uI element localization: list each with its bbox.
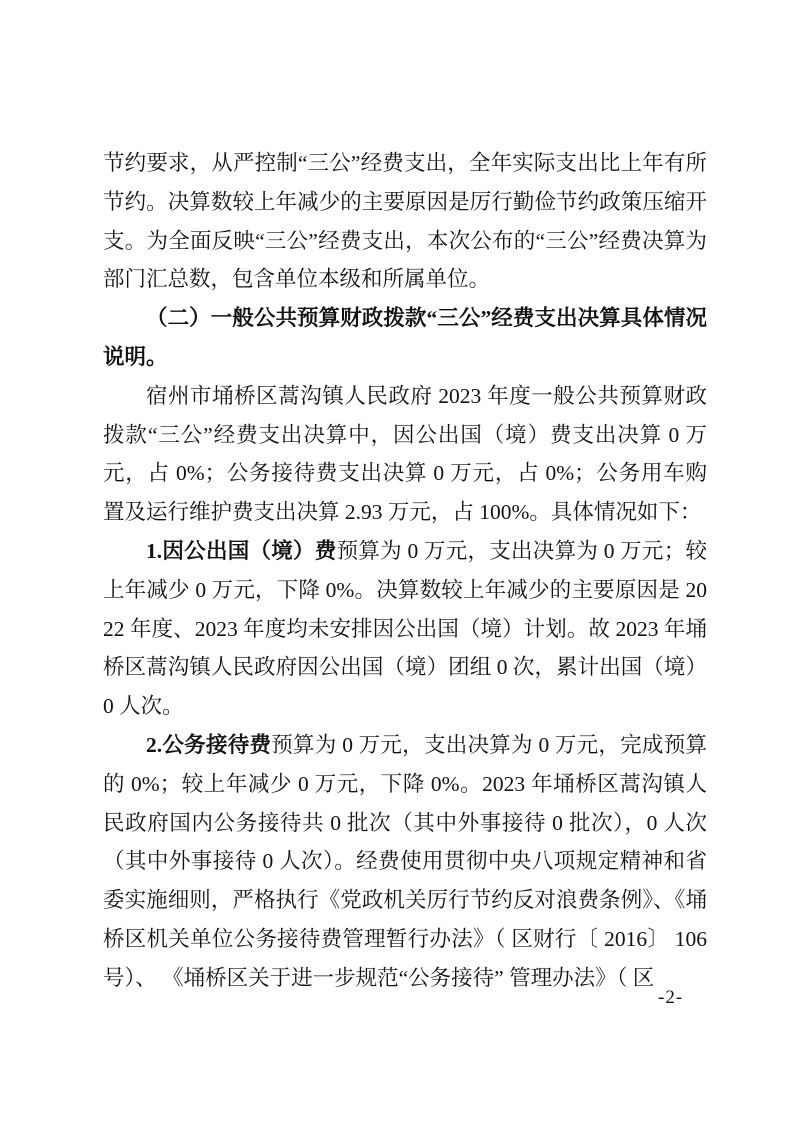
paragraph-text: 宿州市埇桥区蒿沟镇人民政府 2023 年度一般公共预算财政拨款“三公”经费支出决… <box>103 384 707 524</box>
paragraph-text: 预算为 0 万元，支出决算为 0 万元，完成预算的 0%；较上年减少 0 万元，… <box>103 733 707 990</box>
paragraph-lead-bold: 2.公务接待费 <box>146 733 271 757</box>
page-number: -2- <box>658 986 683 1010</box>
paragraph-overview: 宿州市埇桥区蒿沟镇人民政府 2023 年度一般公共预算财政拨款“三公”经费支出决… <box>103 377 707 532</box>
section-heading: （二）一般公共预算财政拨款“三公”经费支出决算具体情况说明。 <box>103 299 707 377</box>
document-page: 节约要求，从严控制“三公”经费支出，全年实际支出比上年有所节约。决算数较上年减少… <box>0 0 793 1122</box>
paragraph-official-reception: 2.公务接待费预算为 0 万元，支出决算为 0 万元，完成预算的 0%；较上年减… <box>103 726 707 998</box>
paragraph-overseas-travel: 1.因公出国（境）费预算为 0 万元，支出决算为 0 万元；较上年减少 0 万元… <box>103 532 707 726</box>
paragraph-lead-bold: 1.因公出国（境）费 <box>146 539 337 563</box>
document-body: 节约要求，从严控制“三公”经费支出，全年实际支出比上年有所节约。决算数较上年减少… <box>103 144 707 998</box>
paragraph-text: 预算为 0 万元，支出决算为 0 万元；较上年减少 0 万元，下降 0%。决算数… <box>103 539 707 718</box>
paragraph-continuation: 节约要求，从严控制“三公”经费支出，全年实际支出比上年有所节约。决算数较上年减少… <box>103 144 707 299</box>
paragraph-text: 节约要求，从严控制“三公”经费支出，全年实际支出比上年有所节约。决算数较上年减少… <box>103 151 707 291</box>
section-heading-text: （二）一般公共预算财政拨款“三公”经费支出决算具体情况说明。 <box>103 306 707 369</box>
